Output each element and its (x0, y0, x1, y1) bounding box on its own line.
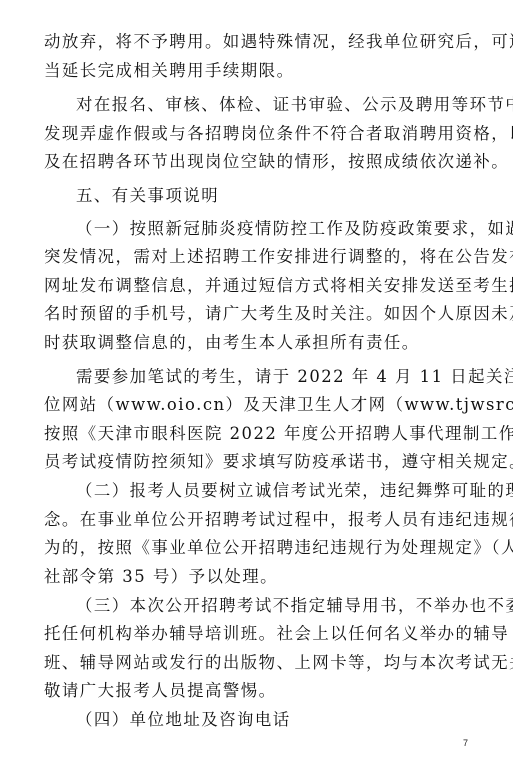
text-line: 托任何机构举办辅导培训班。社会上以任何名义举办的辅导 (44, 624, 464, 644)
text-line: 按照《天津市眼科医院 2022 年度公开招聘人事代理制工作人 (44, 424, 464, 444)
text-line: 网址发布调整信息，并通过短信方式将相关安排发送至考生报 (44, 276, 464, 296)
text-line: 位网站（www.oio.cn）及天津卫生人才网（www.tjwsrc.com）， (44, 395, 464, 415)
section-heading: （四）单位地址及咨询电话 (76, 710, 291, 730)
text-line: 时获取调整信息的，由考生本人承担所有责任。 (44, 333, 464, 353)
text-line: 社部令第 35 号）予以处理。 (44, 567, 464, 587)
text-line: 发现弄虚作假或与各招聘岗位条件不符合者取消聘用资格，以 (44, 124, 464, 144)
text-line: 对在报名、审核、体检、证书审验、公示及聘用等环节中 (76, 95, 464, 115)
text-line: 员考试疫情防控须知》要求填写防疫承诺书，遵守相关规定。 (44, 452, 464, 472)
text-line: 为的，按照《事业单位公开招聘违纪违规行为处理规定》（人 (44, 538, 464, 558)
text-line: 班、辅导网站或发行的出版物、上网卡等，均与本次考试无关， (44, 653, 464, 673)
text-line: 动放弃，将不予聘用。如遇特殊情况，经我单位研究后，可适 (44, 32, 464, 52)
text-line: （二）报考人员要树立诚信考试光荣，违纪舞弊可耻的理 (76, 481, 464, 501)
page-number: 7 (463, 738, 468, 748)
text-line: 敬请广大报考人员提高警惕。 (44, 681, 464, 701)
text-line: 及在招聘各环节出现岗位空缺的情形，按照成绩依次递补。 (44, 152, 464, 172)
text-line: 突发情况，需对上述招聘工作安排进行调整的，将在公告发布 (44, 247, 464, 267)
text-line: 念。在事业单位公开招聘考试过程中，报考人员有违纪违规行 (44, 510, 464, 530)
text-line: （三）本次公开招聘考试不指定辅导用书，不举办也不委 (76, 596, 464, 616)
text-line: 需要参加笔试的考生，请于 2022 年 4 月 11 日起关注我单 (76, 367, 464, 387)
document-page: 动放弃，将不予聘用。如遇特殊情况，经我单位研究后，可适当延长完成相关聘用手续期限… (0, 0, 513, 770)
text-line: 当延长完成相关聘用手续期限。 (44, 61, 464, 81)
section-heading: 五、有关事项说明 (76, 186, 219, 206)
text-line: 名时预留的手机号，请广大考生及时关注。如因个人原因未及 (44, 304, 464, 324)
text-line: （一）按照新冠肺炎疫情防控工作及防疫政策要求，如遇 (76, 219, 464, 239)
